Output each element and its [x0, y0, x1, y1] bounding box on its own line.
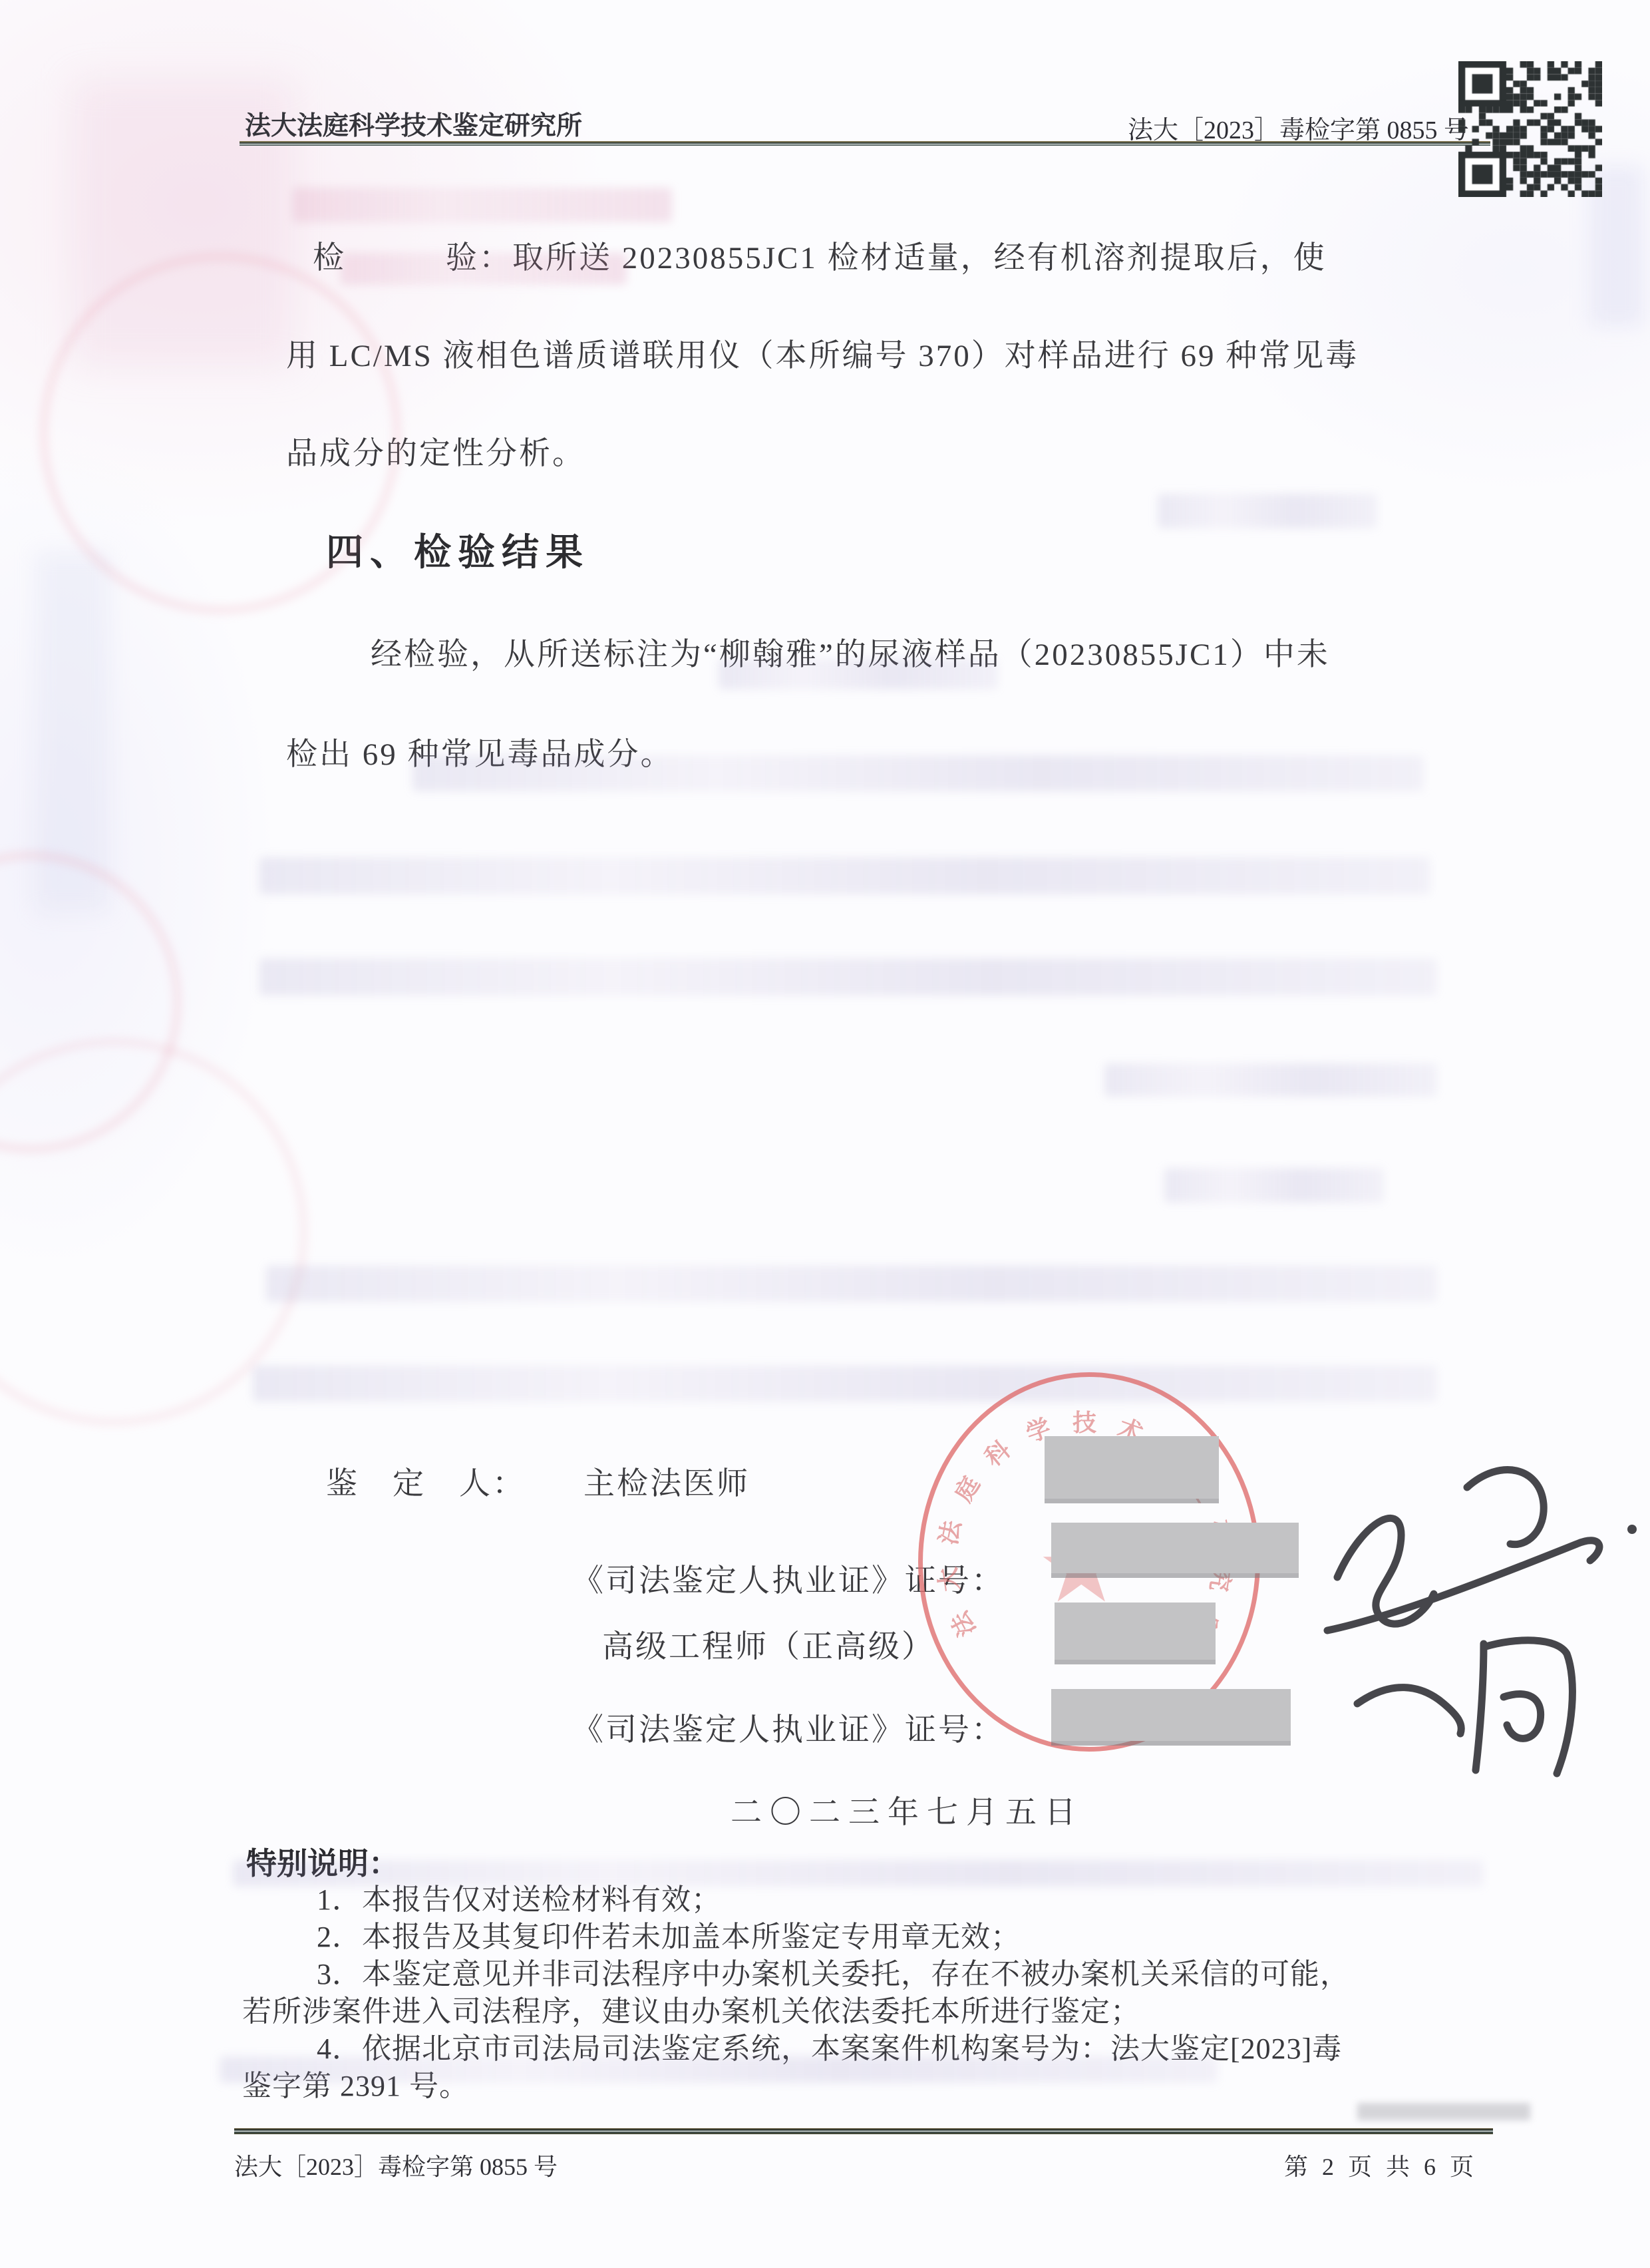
header-rule [240, 141, 1490, 146]
bleedthrough-line [259, 857, 1430, 894]
bleedthrough-line [412, 755, 1424, 791]
bleedthrough-line [259, 958, 1437, 996]
bleedthrough-line [341, 253, 627, 285]
cert-label-2: 《司法鉴定人执业证》证号： [572, 1705, 1005, 1750]
appraiser-title-2: 高级工程师（正高级） [602, 1622, 935, 1666]
bleedthrough-line [253, 1366, 1437, 1402]
bleedthrough-line [1158, 494, 1377, 528]
footer-rule [234, 2128, 1493, 2134]
footer-doc-number: 法大［2023］毒检字第 0855 号 [234, 2148, 558, 2182]
report-page: 法大法庭科学技术鉴定研究所 法大［2023］毒检字第 0855 号 检 验：取所… [0, 0, 1650, 2268]
note-item-3: 3．本鉴定意见并非司法程序中办案机关委托，存在不被办案机关采信的可能， [317, 1950, 1350, 1992]
header-doc-number: 法大［2023］毒检字第 0855 号 [1128, 109, 1469, 146]
note-item-3-cont: 若所涉案件进入司法程序，建议由办案机关依法委托本所进行鉴定； [242, 1987, 1140, 2030]
qr-code [1458, 61, 1602, 197]
bleedthrough-line [293, 188, 672, 222]
bleedthrough-seal-ring-1 [40, 253, 401, 614]
footer-page-info: 第 2 页 共 6 页 [1284, 2148, 1478, 2182]
bleedthrough-line [1164, 1168, 1384, 1203]
redaction-box-cert-2 [1051, 1689, 1291, 1741]
appraiser-label: 鉴 定 人： [326, 1459, 526, 1503]
redaction-box-name-1 [1045, 1436, 1219, 1499]
note-item-2: 2．本报告及其复印件若未加盖本所鉴定专用章无效； [317, 1913, 1021, 1955]
appraiser-title-1: 主检法医师 [583, 1459, 750, 1503]
exam-paragraph-line2: 用 LC/MS 液相色谱质谱联用仪（本所编号 370）对样品进行 69 种常见毒 [286, 331, 1359, 375]
handwritten-signature-1 [1264, 1417, 1650, 1797]
bleedthrough-line [719, 659, 998, 689]
bleedthrough-line [266, 1266, 1437, 1302]
bleedthrough-line [220, 2056, 1218, 2083]
header-org-name: 法大法庭科学技术鉴定研究所 [245, 105, 582, 142]
redaction-box-name-2 [1055, 1603, 1216, 1660]
bleedthrough-line [233, 1860, 1484, 1887]
redaction-box-cert-1 [1051, 1523, 1299, 1573]
bleedthrough-line [1104, 1063, 1437, 1097]
report-date: 二〇二三年七月五日 [731, 1788, 1084, 1832]
scan-smudge-footer [1357, 2103, 1530, 2120]
